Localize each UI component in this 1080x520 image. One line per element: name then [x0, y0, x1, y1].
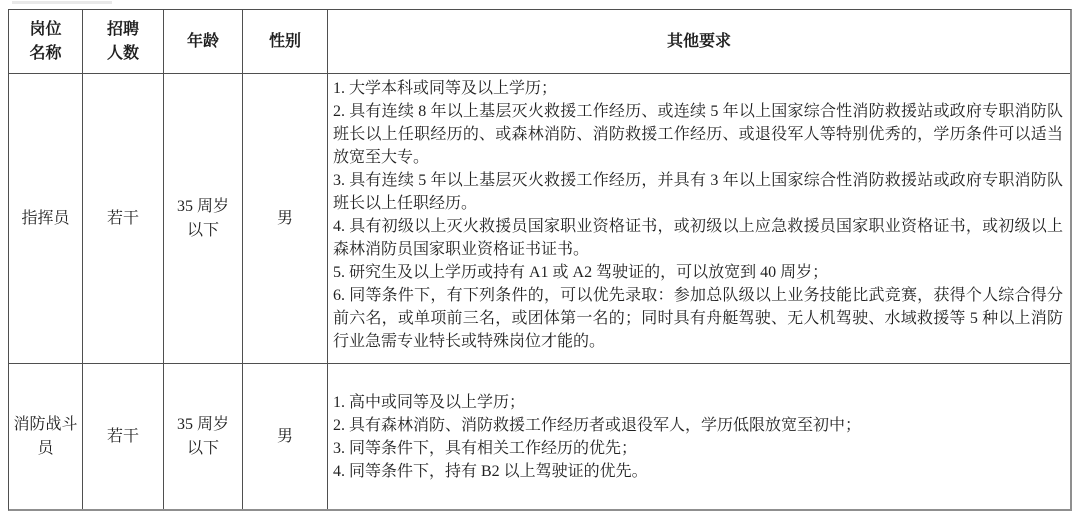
cell-age-commander: 35 周岁 以下	[164, 74, 243, 364]
cell-count-commander: 若干	[83, 74, 164, 364]
requirement-item: 1. 高中或同等及以上学历；	[333, 391, 1063, 414]
cell-requirements-firefighter: 1. 高中或同等及以上学历； 2. 具有森林消防、消防救援工作经历者或退役军人，…	[328, 364, 1070, 509]
crop-artifact	[12, 1, 112, 4]
requirement-item: 1. 大学本科或同等及以上学历；	[333, 77, 1063, 100]
header-cell-gender: 性别	[243, 10, 328, 74]
cell-age-firefighter: 35 周岁 以下	[164, 364, 243, 509]
requirement-item: 5. 研究生及以上学历或持有 A1 或 A2 驾驶证的，可以放宽到 40 周岁；	[333, 261, 1063, 284]
header-cell-other-requirements: 其他要求	[328, 10, 1070, 74]
requirement-item: 6. 同等条件下，有下列条件的，可以优先录取：参加总队级以上业务技能比武竞赛，获…	[333, 284, 1063, 353]
cell-position-commander: 指挥员	[9, 74, 83, 364]
cell-position-firefighter: 消防战斗员	[9, 364, 83, 509]
recruitment-requirements-table: 岗位 名称 招聘 人数 年龄 性别 其他要求 指挥员 若干 35 周岁 以下 男…	[8, 9, 1072, 511]
requirement-item: 3. 同等条件下，具有相关工作经历的优先；	[333, 437, 1063, 460]
requirement-item: 4. 同等条件下，持有 B2 以上驾驶证的优先。	[333, 460, 1063, 483]
requirement-item: 2. 具有森林消防、消防救援工作经历者或退役军人，学历低限放宽至初中；	[333, 414, 1063, 437]
header-cell-count: 招聘 人数	[83, 10, 164, 74]
requirement-item: 2. 具有连续 8 年以上基层灭火救援工作经历、或连续 5 年以上国家综合性消防…	[333, 100, 1063, 169]
requirement-item: 4. 具有初级以上灭火救援员国家职业资格证书，或初级以上应急救援员国家职业资格证…	[333, 215, 1063, 261]
header-cell-age: 年龄	[164, 10, 243, 74]
header-cell-position: 岗位 名称	[9, 10, 83, 74]
cell-gender-firefighter: 男	[243, 364, 328, 509]
requirement-item: 3. 具有连续 5 年以上基层灭火救援工作经历，并具有 3 年以上国家综合性消防…	[333, 169, 1063, 215]
cell-count-firefighter: 若干	[83, 364, 164, 509]
cell-gender-commander: 男	[243, 74, 328, 364]
cell-requirements-commander: 1. 大学本科或同等及以上学历； 2. 具有连续 8 年以上基层灭火救援工作经历…	[328, 74, 1070, 364]
